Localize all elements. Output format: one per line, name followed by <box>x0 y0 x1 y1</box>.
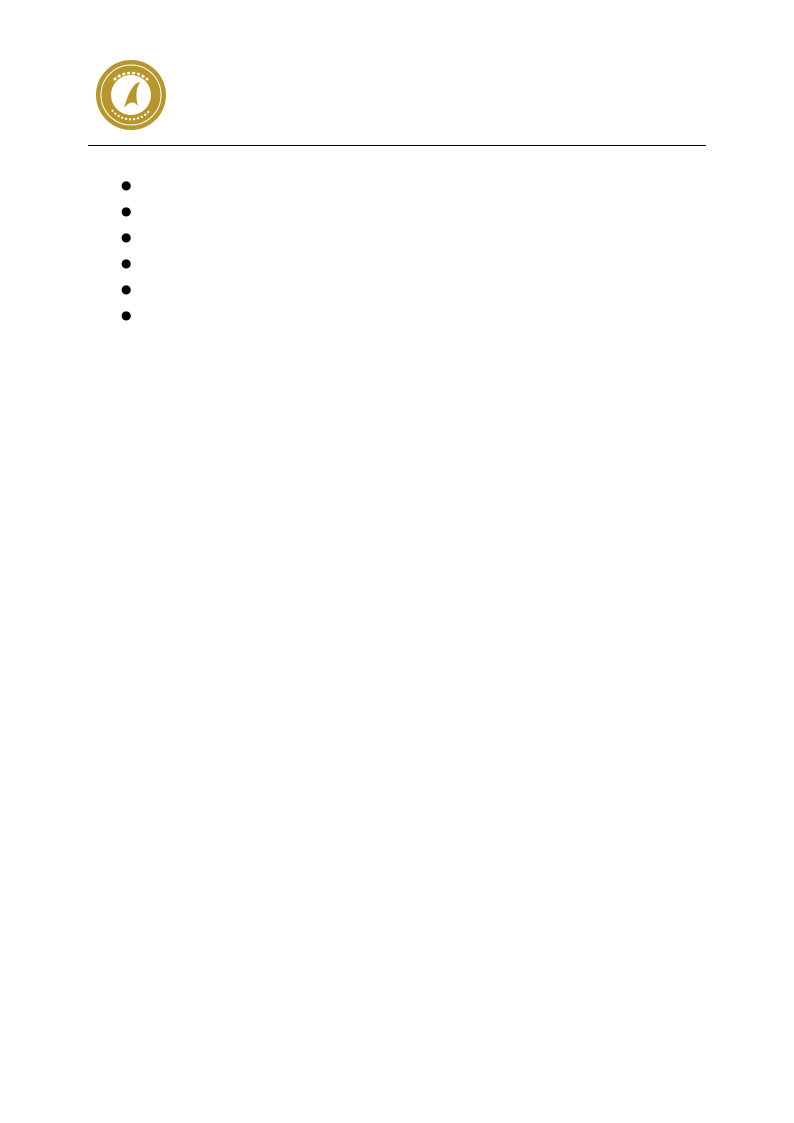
header-divider <box>88 145 706 146</box>
bullet-icon: ● <box>121 276 149 302</box>
bullet-icon: ● <box>121 302 149 328</box>
bullet-online-only: ● <box>121 172 706 198</box>
page-content: ● ● ● ● ● ● <box>94 150 706 328</box>
bullet-registration-time: ● <box>121 198 706 224</box>
bullet-icon: ● <box>121 198 149 224</box>
school-logo <box>94 58 168 132</box>
bullet-registration-process: ● <box>121 250 706 276</box>
bullet-icon: ● <box>121 250 149 276</box>
bullet-video-content: ● <box>121 302 706 328</box>
bullet-fee-standard: ● <box>121 276 706 302</box>
bullet-icon: ● <box>121 224 149 250</box>
bullet-registration-url: ● <box>121 224 706 250</box>
bullet-icon: ● <box>121 172 149 198</box>
